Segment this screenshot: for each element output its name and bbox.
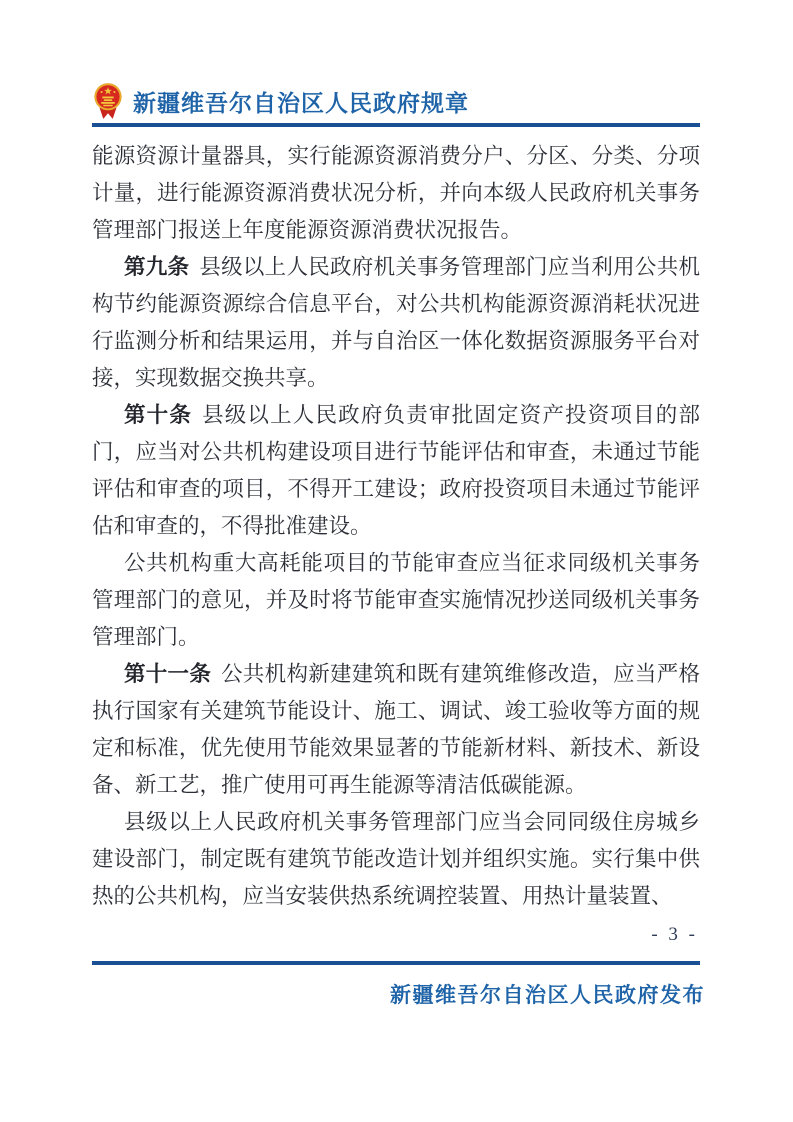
paragraph: 第十一条公共机构新建建筑和既有建筑维修改造，应当严格执行国家有关建筑节能设计、施…	[92, 656, 700, 804]
header-title: 新疆维吾尔自治区人民政府规章	[133, 85, 469, 118]
page-header: 新疆维吾尔自治区人民政府规章	[92, 80, 469, 122]
paragraph: 县级以上人民政府机关事务管理部门应当会同同级住房城乡建设部门，制定既有建筑节能改…	[92, 804, 700, 915]
paragraph: 能源资源计量器具，实行能源资源消费分户、分区、分类、分项计量，进行能源资源消费状…	[92, 138, 700, 249]
article-number: 第十一条	[124, 662, 211, 686]
document-body: 能源资源计量器具，实行能源资源消费分户、分区、分类、分项计量，进行能源资源消费状…	[92, 138, 700, 915]
paragraph-text: 县级以上人民政府机关事务管理部门应当会同同级住房城乡建设部门，制定既有建筑节能改…	[92, 810, 700, 908]
paragraph: 第十条县级以上人民政府负责审批固定资产投资项目的部门，应当对公共机构建设项目进行…	[92, 397, 700, 545]
paragraph: 第九条县级以上人民政府机关事务管理部门应当利用公共机构节约能源资源综合信息平台，…	[92, 249, 700, 397]
footer-divider	[92, 961, 700, 965]
national-emblem-icon	[92, 82, 124, 120]
paragraph-text: 能源资源计量器具，实行能源资源消费分户、分区、分类、分项计量，进行能源资源消费状…	[92, 144, 700, 242]
paragraph: 公共机构重大高耗能项目的节能审查应当征求同级机关事务管理部门的意见，并及时将节能…	[92, 545, 700, 656]
article-number: 第九条	[124, 255, 189, 279]
article-number: 第十条	[124, 403, 192, 427]
header-divider	[92, 123, 700, 127]
document-page: 新疆维吾尔自治区人民政府规章 能源资源计量器具，实行能源资源消费分户、分区、分类…	[0, 0, 793, 1122]
page-number: - 3 -	[651, 924, 698, 946]
publisher-label: 新疆维吾尔自治区人民政府发布	[390, 979, 705, 1009]
paragraph-text: 公共机构重大高耗能项目的节能审查应当征求同级机关事务管理部门的意见，并及时将节能…	[92, 551, 700, 649]
